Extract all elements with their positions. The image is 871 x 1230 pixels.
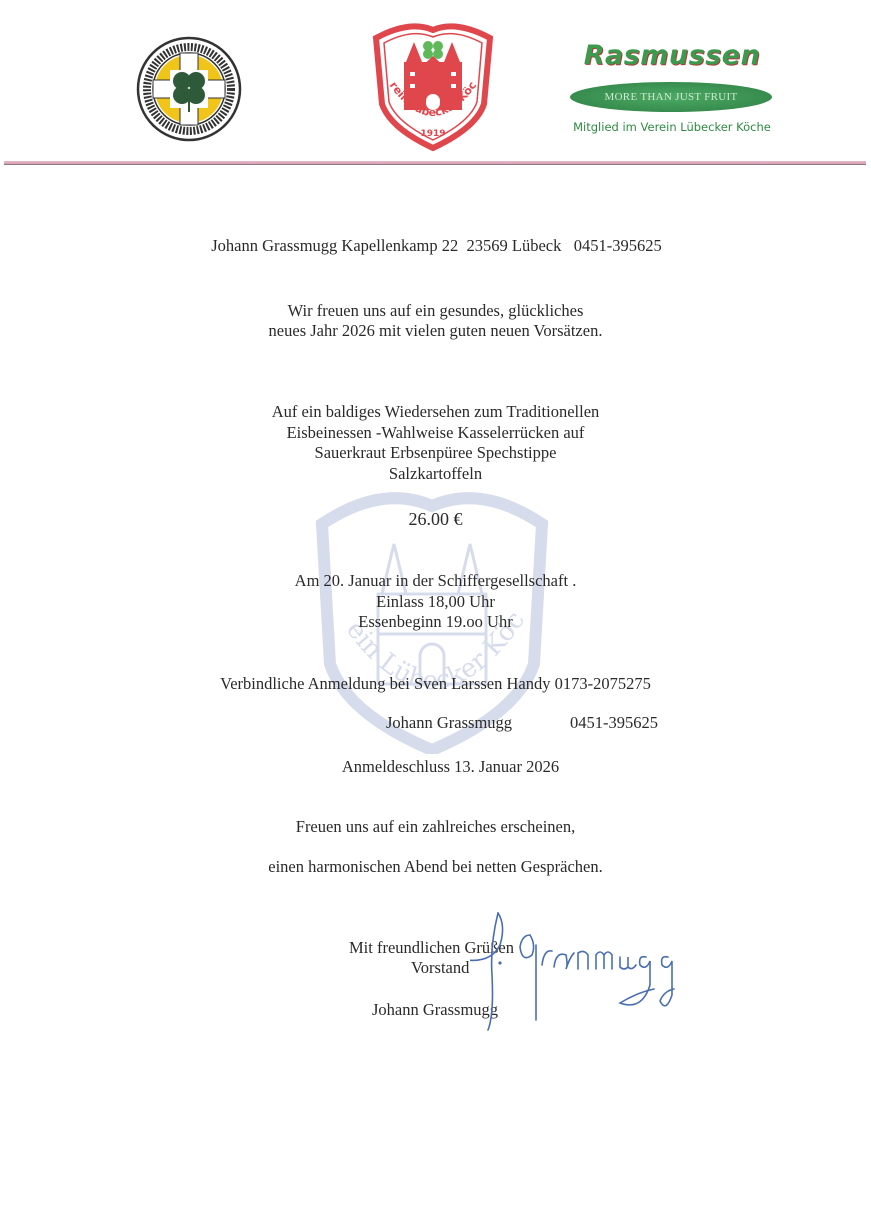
header-divider bbox=[4, 161, 866, 165]
rasmussen-brand: Rasmussen bbox=[562, 40, 782, 71]
event-line-2: Einlass 18,00 Uhr bbox=[0, 592, 871, 612]
registration-line: Verbindliche Anmeldung bei Sven Larssen … bbox=[0, 674, 871, 694]
shield-logo: Verein Lübecker Köche 1919 bbox=[370, 16, 496, 152]
closing-line-1: Freuen uns auf ein zahlreiches erscheine… bbox=[0, 817, 871, 837]
price: 26.00 € bbox=[0, 509, 871, 529]
invitation-line-1: Auf ein baldiges Wiedersehen zum Traditi… bbox=[0, 402, 871, 422]
invitation-line-4: Salzkartoffeln bbox=[0, 464, 871, 484]
rasmussen-logo: Rasmussen MORE THAN JUST FRUIT Mitglied … bbox=[562, 40, 782, 140]
rasmussen-membership: Mitglied im Verein Lübecker Köche bbox=[562, 120, 782, 134]
registration-deadline: Anmeldeschluss 13. Januar 2026 bbox=[0, 757, 871, 777]
svg-text:1919: 1919 bbox=[420, 129, 445, 139]
greeting-line-1: Wir freuen uns auf ein gesundes, glückli… bbox=[0, 301, 871, 321]
rasmussen-tagline: MORE THAN JUST FRUIT bbox=[570, 82, 772, 112]
handwritten-signature-icon bbox=[470, 905, 730, 1045]
greeting-line-2: neues Jahr 2026 mit vielen guten neuen V… bbox=[0, 321, 871, 341]
event-line-3: Essenbeginn 19.oo Uhr bbox=[0, 612, 871, 632]
closing-line-2: einen harmonischen Abend bei netten Gesp… bbox=[0, 857, 871, 877]
invitation-line-3: Sauerkraut Erbsenpüree Spechstippe bbox=[0, 443, 871, 463]
event-line-1: Am 20. Januar in der Schiffergesellschaf… bbox=[0, 571, 871, 591]
seal-logo bbox=[136, 36, 242, 142]
signoff-role: Vorstand bbox=[411, 958, 469, 978]
registration-contact-phone: 0451-395625 bbox=[570, 713, 658, 733]
registration-contact-name: Johann Grassmugg bbox=[386, 713, 512, 733]
invitation-line-2: Eisbeinessen -Wahlweise Kasselerrücken a… bbox=[0, 423, 871, 443]
sender-line: Johann Grassmugg Kapellenkamp 22 23569 L… bbox=[0, 236, 871, 256]
